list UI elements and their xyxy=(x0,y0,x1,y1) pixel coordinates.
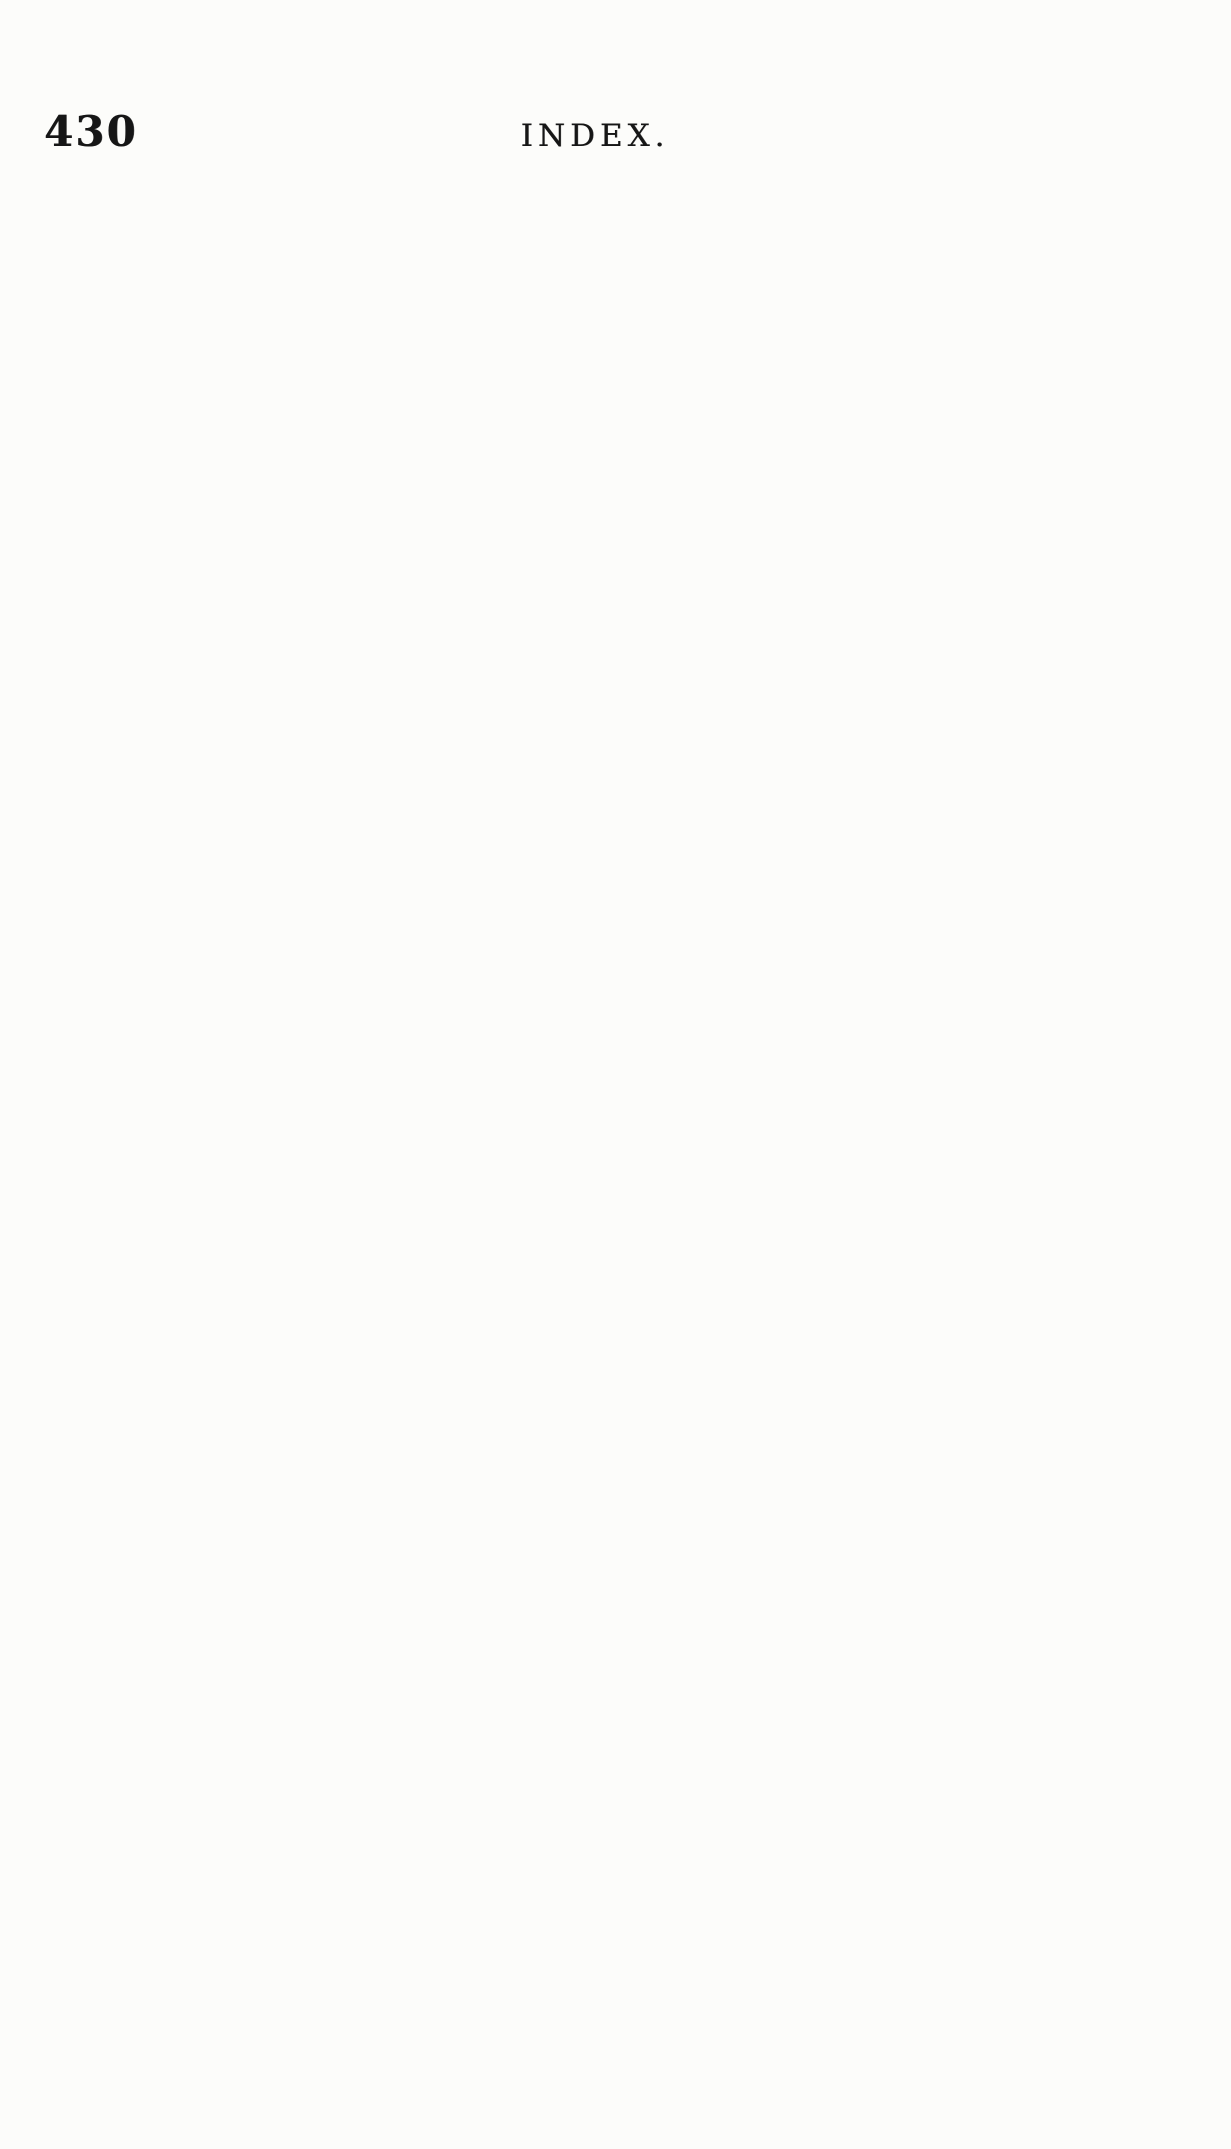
book-page: 430 INDEX. xyxy=(0,0,1231,2149)
header-title: INDEX. xyxy=(0,118,1190,154)
